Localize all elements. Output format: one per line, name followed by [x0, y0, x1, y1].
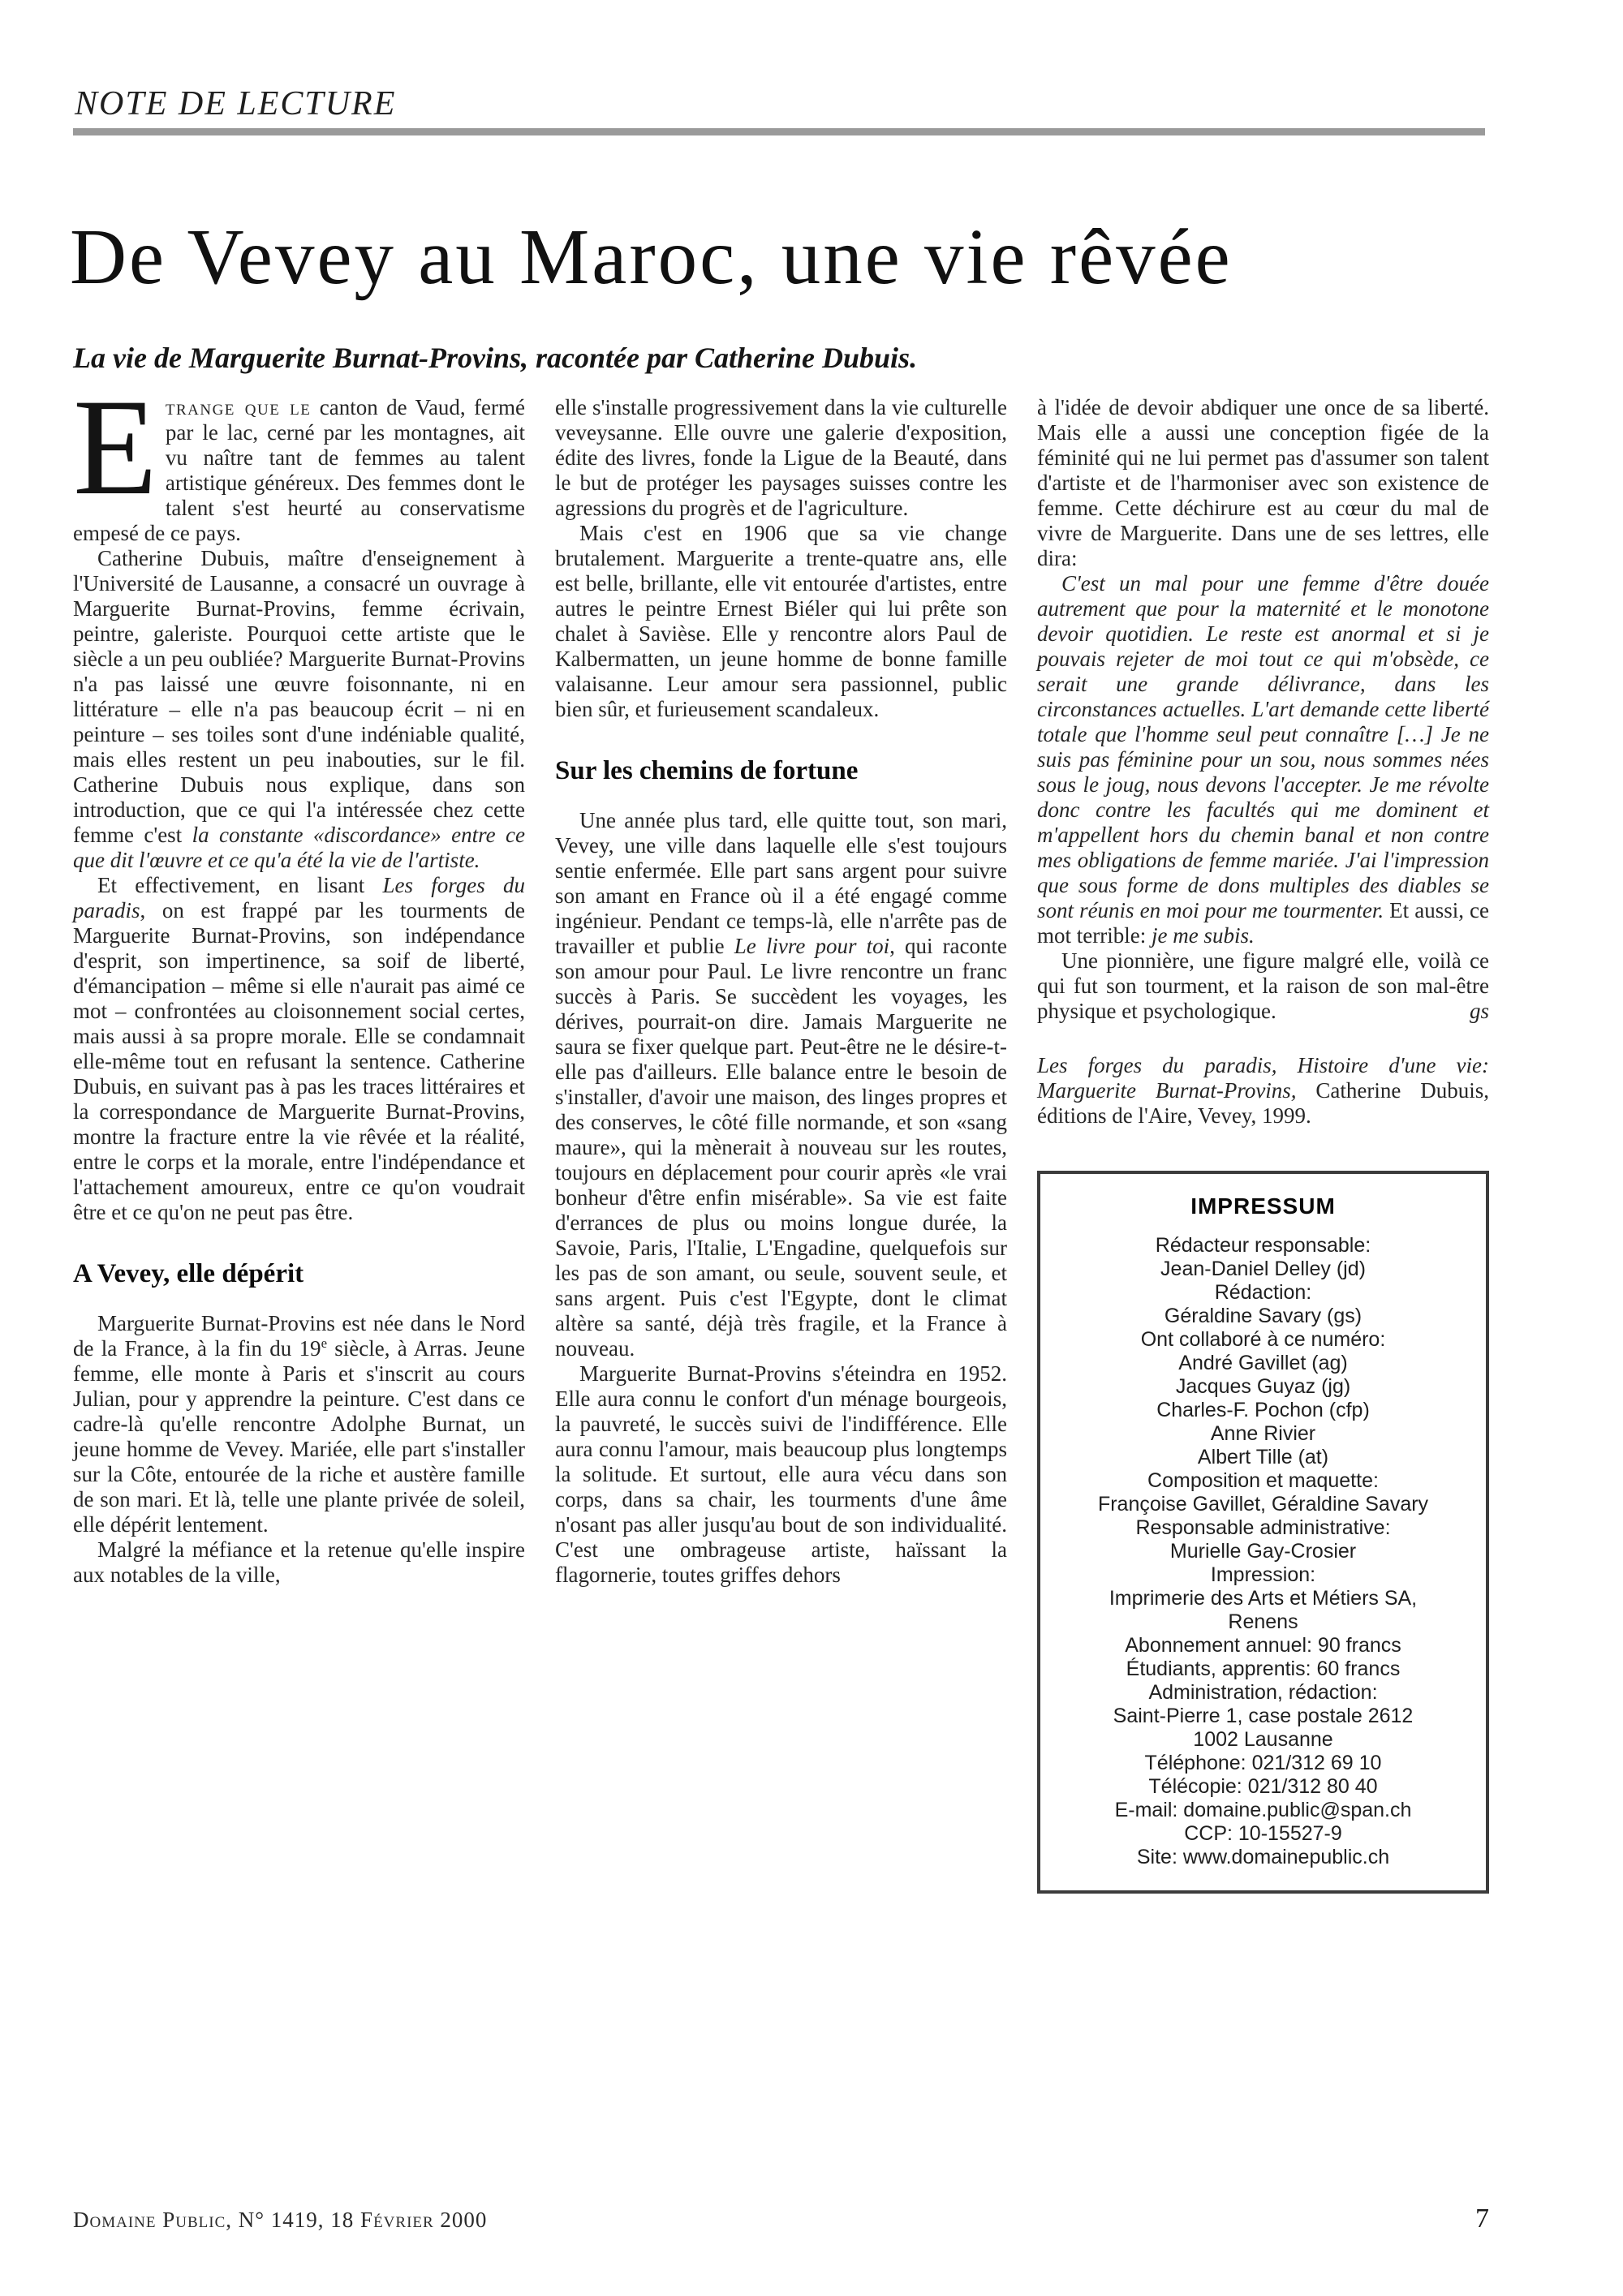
- impressum-line: Albert Tille (at): [1047, 1446, 1479, 1469]
- article-paragraph: Une année plus tard, elle quitte tout, s…: [555, 808, 1007, 1361]
- section-kicker: NOTE DE LECTURE: [75, 84, 396, 123]
- article-column-3-blocks: à l'idée de devoir abdiquer une once de …: [1037, 395, 1489, 1129]
- article-paragraph: Etrange que le canton de Vaud, fermé par…: [73, 395, 525, 546]
- impressum-line: Jean-Daniel Delley (jd): [1047, 1258, 1479, 1281]
- text-segment: Malgré la méfiance et la retenue qu'elle…: [73, 1537, 525, 1587]
- impressum-line: Charles-F. Pochon (cfp): [1047, 1399, 1479, 1422]
- section-heading: A Vevey, elle dépérit: [73, 1259, 525, 1288]
- impressum-line: 1002 Lausanne: [1047, 1728, 1479, 1752]
- impressum-line: Renens: [1047, 1610, 1479, 1634]
- text-segment: elle s'installe progressivement dans la …: [555, 395, 1007, 520]
- article-paragraph: à l'idée de devoir abdiquer une once de …: [1037, 395, 1489, 571]
- header-rule: [73, 128, 1485, 135]
- article-paragraph: Malgré la méfiance et la retenue qu'elle…: [73, 1537, 525, 1588]
- impressum-line: André Gavillet (ag): [1047, 1352, 1479, 1375]
- impressum-line: Anne Rivier: [1047, 1422, 1479, 1446]
- text-segment: Une pionnière, une figure malgré elle, v…: [1037, 948, 1489, 1023]
- article-paragraph: Et effectivement, en lisant Les forges d…: [73, 873, 525, 1225]
- impressum-lines: Rédacteur responsable:Jean-Daniel Delley…: [1047, 1234, 1479, 1869]
- article-columns: Etrange que le canton de Vaud, fermé par…: [73, 395, 1489, 1894]
- impressum-line: Télécopie: 021/312 80 40: [1047, 1775, 1479, 1799]
- impressum-line: Rédaction:: [1047, 1281, 1479, 1305]
- article-paragraph: Mais c'est en 1906 que sa vie change bru…: [555, 521, 1007, 722]
- text-segment: Marguerite Burnat-Provins s'éteindra en …: [555, 1361, 1007, 1587]
- book-reference: Les forges du paradis, Histoire d'une vi…: [1037, 1053, 1489, 1129]
- impressum-line: Impression:: [1047, 1563, 1479, 1587]
- article-column-3: à l'idée de devoir abdiquer une once de …: [1037, 395, 1489, 1894]
- article-paragraph: Catherine Dubuis, maître d'enseignement …: [73, 546, 525, 873]
- text-segment: C'est un mal pour une femme d'être douée…: [1037, 571, 1489, 922]
- impressum-line: Saint-Pierre 1, case postale 2612: [1047, 1705, 1479, 1728]
- text-segment: , qui raconte son amour pour Paul. Le li…: [555, 934, 1007, 1361]
- impressum-line: Françoise Gavillet, Géraldine Savary: [1047, 1493, 1479, 1516]
- impressum-line: CCP: 10-15527-9: [1047, 1822, 1479, 1846]
- article-title: De Vevey au Maroc, une vie rêvée: [70, 212, 1486, 302]
- article-column-1: Etrange que le canton de Vaud, fermé par…: [73, 395, 525, 1588]
- text-segment: Et effectivement, en lisant: [97, 873, 383, 897]
- impressum-line: Étudiants, apprentis: 60 francs: [1047, 1658, 1479, 1681]
- quote-paragraph: C'est un mal pour une femme d'être douée…: [1037, 571, 1489, 948]
- impressum-line: Imprimerie des Arts et Métiers SA,: [1047, 1587, 1479, 1610]
- article-paragraph: elle s'installe progressivement dans la …: [555, 395, 1007, 521]
- section-heading: Sur les chemins de fortune: [555, 756, 1007, 785]
- impressum-line: Composition et maquette:: [1047, 1469, 1479, 1493]
- text-segment: Le livre pour toi: [734, 934, 889, 958]
- impressum-line: Abonnement annuel: 90 francs: [1047, 1634, 1479, 1658]
- author-initials: gs: [1445, 999, 1489, 1024]
- impressum-line: E-mail: domaine.public@span.ch: [1047, 1799, 1479, 1822]
- footer-citation: Domaine Public, N° 1419, 18 Février 2000: [73, 2208, 487, 2233]
- text-segment: à l'idée de devoir abdiquer une once de …: [1037, 395, 1489, 570]
- impressum-line: Rédacteur responsable:: [1047, 1234, 1479, 1258]
- text-segment: Mais c'est en 1906 que sa vie change bru…: [555, 521, 1007, 721]
- article-standfirst: La vie de Marguerite Burnat-Provins, rac…: [73, 341, 1489, 375]
- impressum-line: Site: www.domainepublic.ch: [1047, 1846, 1479, 1869]
- impressum-title: IMPRESSUM: [1047, 1193, 1479, 1219]
- text-segment: , on est frappé par les tourments de Mar…: [73, 898, 525, 1224]
- article-paragraph: Marguerite Burnat-Provins est née dans l…: [73, 1311, 525, 1537]
- drop-cap: E: [73, 397, 157, 497]
- text-segment: e: [321, 1335, 327, 1351]
- magazine-page: NOTE DE LECTURE De Vevey au Maroc, une v…: [0, 0, 1623, 2296]
- text-segment: trange que le: [166, 395, 312, 419]
- text-segment: Catherine Dubuis, maître d'enseignement …: [73, 546, 525, 847]
- impressum-line: Ont collaboré à ce numéro:: [1047, 1328, 1479, 1352]
- page-footer: Domaine Public, N° 1419, 18 Février 2000…: [73, 2204, 1489, 2234]
- impressum-line: Administration, rédaction:: [1047, 1681, 1479, 1705]
- article-paragraph: Une pionnière, une figure malgré elle, v…: [1037, 948, 1489, 1024]
- impressum-line: Responsable administrative:: [1047, 1516, 1479, 1540]
- impressum-line: Téléphone: 021/312 69 10: [1047, 1752, 1479, 1775]
- article-paragraph: Marguerite Burnat-Provins s'éteindra en …: [555, 1361, 1007, 1588]
- page-number: 7: [1475, 2204, 1489, 2234]
- impressum-line: Jacques Guyaz (jg): [1047, 1375, 1479, 1399]
- text-segment: je me subis.: [1152, 923, 1255, 948]
- impressum-line: Murielle Gay-Crosier: [1047, 1540, 1479, 1563]
- impressum-box: IMPRESSUM Rédacteur responsable:Jean-Dan…: [1037, 1171, 1489, 1894]
- impressum-line: Géraldine Savary (gs): [1047, 1305, 1479, 1328]
- article-column-2: elle s'installe progressivement dans la …: [555, 395, 1007, 1588]
- text-segment: siècle, à Arras. Jeune femme, elle monte…: [73, 1336, 525, 1537]
